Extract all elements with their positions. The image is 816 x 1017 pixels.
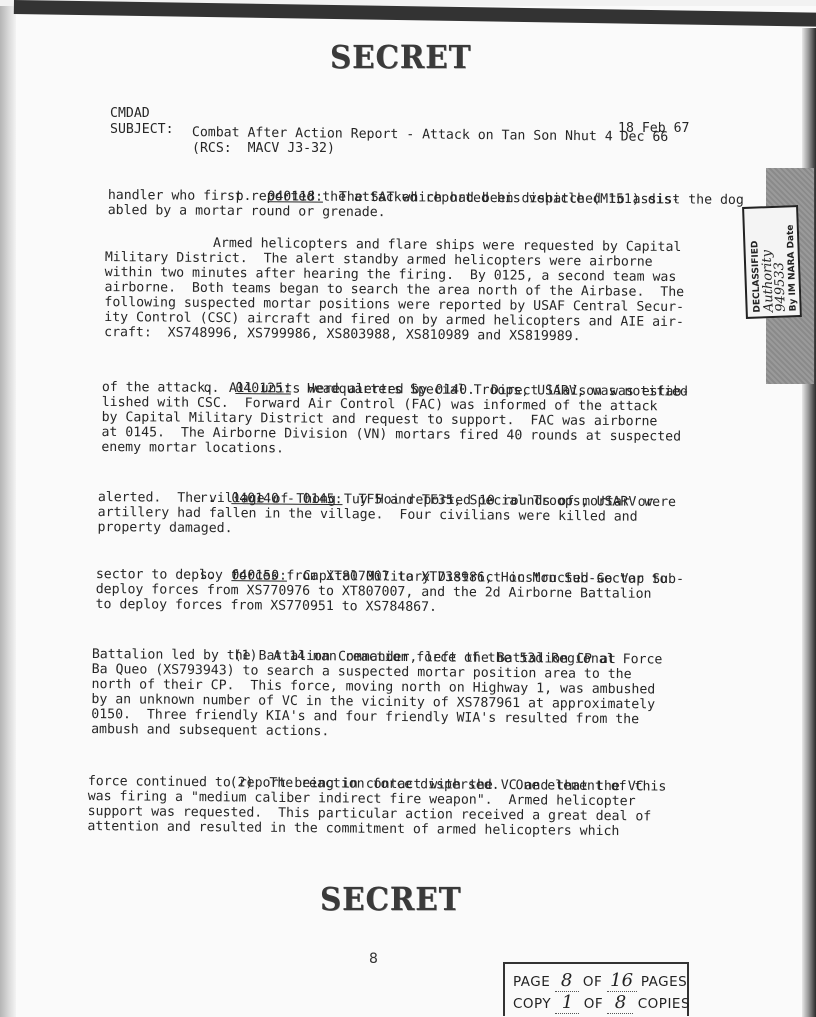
- copy-control-box: PAGE 8 OF 16 PAGES COPY 1 OF 8 COPIES: [503, 962, 689, 1016]
- copies-label: COPIES: [638, 996, 690, 1012]
- page-label: PAGE: [513, 974, 550, 990]
- declassified-stamp: DECLASSIFIED Authority 949533 By IM NARA…: [742, 205, 802, 319]
- declass-by: By IM NARA Date: [786, 224, 799, 311]
- scan-edge-left: [0, 0, 16, 1017]
- subject-line-2: (RCS: MACV J3-32): [192, 141, 335, 156]
- para-line: craft: XS748996, XS799986, XS803988, XS8…: [104, 325, 580, 344]
- para-line: ambush and subsequent actions.: [91, 722, 329, 739]
- page-value: 8: [555, 970, 579, 992]
- classification-top: SECRET: [330, 38, 471, 76]
- pages-label: PAGES: [641, 974, 687, 990]
- classification-bottom: SECRET: [320, 880, 461, 918]
- para-line: property damaged.: [98, 520, 233, 536]
- copies-total: 8: [607, 992, 633, 1014]
- subparagraph-s-2: (2) The reaction force dispersed. One el…: [6, 0, 23, 104]
- subject-label: SUBJECT:: [110, 122, 174, 137]
- office-symbol: CMDAD: [110, 106, 150, 121]
- para-line: abled by a mortar round or grenade.: [108, 203, 386, 220]
- page-number: 8: [369, 951, 378, 967]
- para-line: enemy mortar locations.: [101, 440, 284, 456]
- document-date: 18 Feb 67: [618, 121, 689, 136]
- of-label: OF: [583, 974, 602, 990]
- pages-total: 16: [607, 970, 637, 992]
- copy-label: COPY: [513, 996, 551, 1012]
- para-line: to deploy forces from XS770951 to XS7848…: [96, 597, 438, 615]
- copy-value: 1: [555, 992, 579, 1014]
- declass-authority: Authority 949533: [760, 250, 789, 313]
- of-label-2: OF: [584, 996, 603, 1012]
